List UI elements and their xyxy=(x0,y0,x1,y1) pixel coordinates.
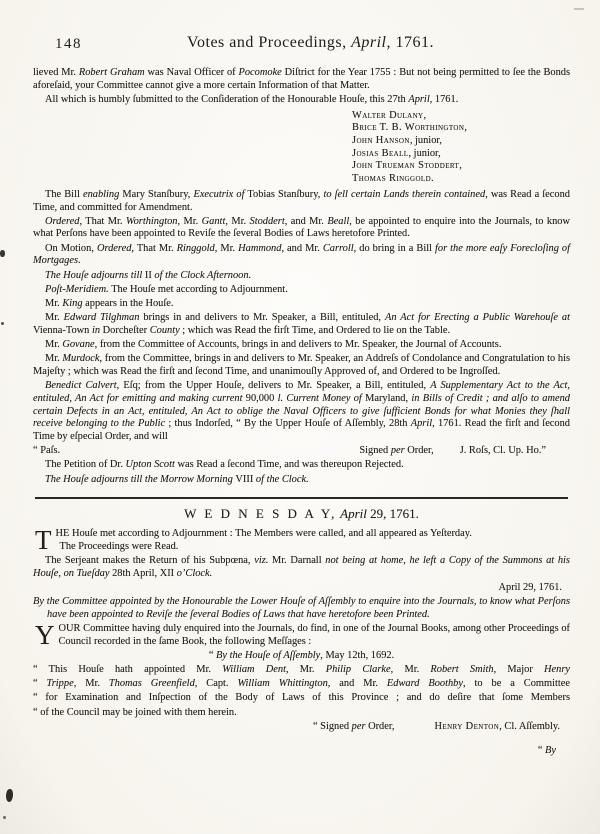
paragraph-house-met: T HE Houſe met according to Adjournment … xyxy=(33,528,570,553)
drop-cap-Y: Y xyxy=(33,623,59,646)
signature-line: John Hanson, junior, xyxy=(352,135,570,148)
paragraph-govane-accounts: Mr. Govane, from the Committee of Accoun… xyxy=(33,339,570,352)
paragraph-king-appears: Mr. King appears in the Houſe. xyxy=(33,298,570,311)
ink-speck xyxy=(574,8,584,10)
day-heading-wednesday: W E D N E S D A Y, April 29, 1761. xyxy=(33,508,570,521)
pass-text: “ Paſs. xyxy=(33,445,60,458)
page-body: lieved Mr. Robert Graham was Naval Offic… xyxy=(33,67,570,757)
paragraph-upton-scott-petition: The Petition of Dr. Upton Scott was Read… xyxy=(33,459,570,472)
paragraph-on-motion: On Motion, Ordered, That Mr. Ringgold, M… xyxy=(33,243,570,268)
signature-line: Walter Dulany, xyxy=(352,110,570,123)
paragraph-text: The Proceedings were Read. xyxy=(33,541,570,554)
signature-line: John Trueman Stoddert, xyxy=(352,160,570,173)
paragraph-adjourn-afternoon: The Houſe adjourns till II of the Clock … xyxy=(33,270,570,283)
paragraph-serjeant-subpoena: The Serjeant makes the Return of his Sub… xyxy=(33,555,570,580)
paragraph-committee-report-title: By the Committee appointed by the Honour… xyxy=(33,596,570,621)
quoted-message-line: “ Trippe, Mr. Thomas Greenfield, Capt. W… xyxy=(33,678,570,691)
line-signed-denton: “ Signed per Order, Henry Denton, Cl. Aſ… xyxy=(33,721,570,734)
paragraph-text: OUR Committee having duly enquired into … xyxy=(33,623,570,648)
line-pass-signed: “ Paſs. Signed per Order, J. Roſs, Cl. U… xyxy=(33,445,570,458)
paragraph-tilghman-bill: Mr. Edward Tilghman brings in and delive… xyxy=(33,312,570,337)
catchword: “ By xyxy=(33,745,570,758)
signed-per-order-text: “ Signed per Order, xyxy=(313,721,395,734)
paragraph-submitted: All which is humbly ſubmitted to the Con… xyxy=(33,94,570,107)
paragraph-graham-continuation: lieved Mr. Robert Graham was Naval Offic… xyxy=(33,67,570,92)
paragraph-post-meridiem: Poſt-Meridiem. The Houſe met according t… xyxy=(33,284,570,297)
paragraph-text: HE Houſe met according to Adjournment : … xyxy=(33,528,570,541)
paragraph-bill-stansbury: The Bill enabling Mary Stanſbury, Execut… xyxy=(33,189,570,214)
signature-line: Josias Beall, junior, xyxy=(352,148,570,161)
drop-cap-T: T xyxy=(33,528,56,551)
running-title: Votes and Proceedings, April, 1761. xyxy=(33,34,570,52)
ink-speck xyxy=(6,789,13,802)
document-page: 148 Votes and Proceedings, April, 1761. … xyxy=(0,0,600,834)
paragraph-calvert-bill: Benedict Calvert, Eſq; from the Upper Ho… xyxy=(33,380,570,444)
ink-speck xyxy=(0,250,5,257)
clerk-upper-house-signature: J. Roſs, Cl. Up. Ho.” xyxy=(460,445,546,458)
paragraph-ordered-journals: Ordered, That Mr. Worthington, Mr. Gantt… xyxy=(33,216,570,241)
ink-speck xyxy=(3,816,6,819)
signature-line: Brice T. B. Worthington, xyxy=(352,122,570,135)
clerk-assembly-signature: Henry Denton, Cl. Aſſembly. xyxy=(435,721,560,734)
signature-line: Thomas Ringgold. xyxy=(352,173,570,186)
quoted-message-line: “ of the Council may be joined with them… xyxy=(33,707,570,720)
ink-speck xyxy=(1,322,4,325)
signature-list: Walter Dulany, Brice T. B. Worthington, … xyxy=(33,110,570,186)
page-number: 148 xyxy=(55,36,82,53)
page-header: 148 Votes and Proceedings, April, 1761. xyxy=(33,34,570,54)
paragraph-your-committee: Y OUR Committee having duly enquired int… xyxy=(33,623,570,648)
paragraph-adjourn-morrow: The Houſe adjourns till the Morrow Morni… xyxy=(33,474,570,487)
section-divider-rule xyxy=(35,497,568,499)
date-line: April 29, 1761. xyxy=(33,582,570,595)
signed-per-order-text: Signed per Order, xyxy=(359,445,433,458)
paragraph-murdock-address: Mr. Murdock, from the Committee, brings … xyxy=(33,353,570,378)
quoted-message-line: “ for Examination and Inſpection of the … xyxy=(33,692,570,705)
quoted-message-line: “ This Houſe hath appointed Mr. William … xyxy=(33,664,570,677)
line-by-house-of-assembly: “ By the Houſe of Aſſembly, May 12th, 16… xyxy=(33,650,570,663)
